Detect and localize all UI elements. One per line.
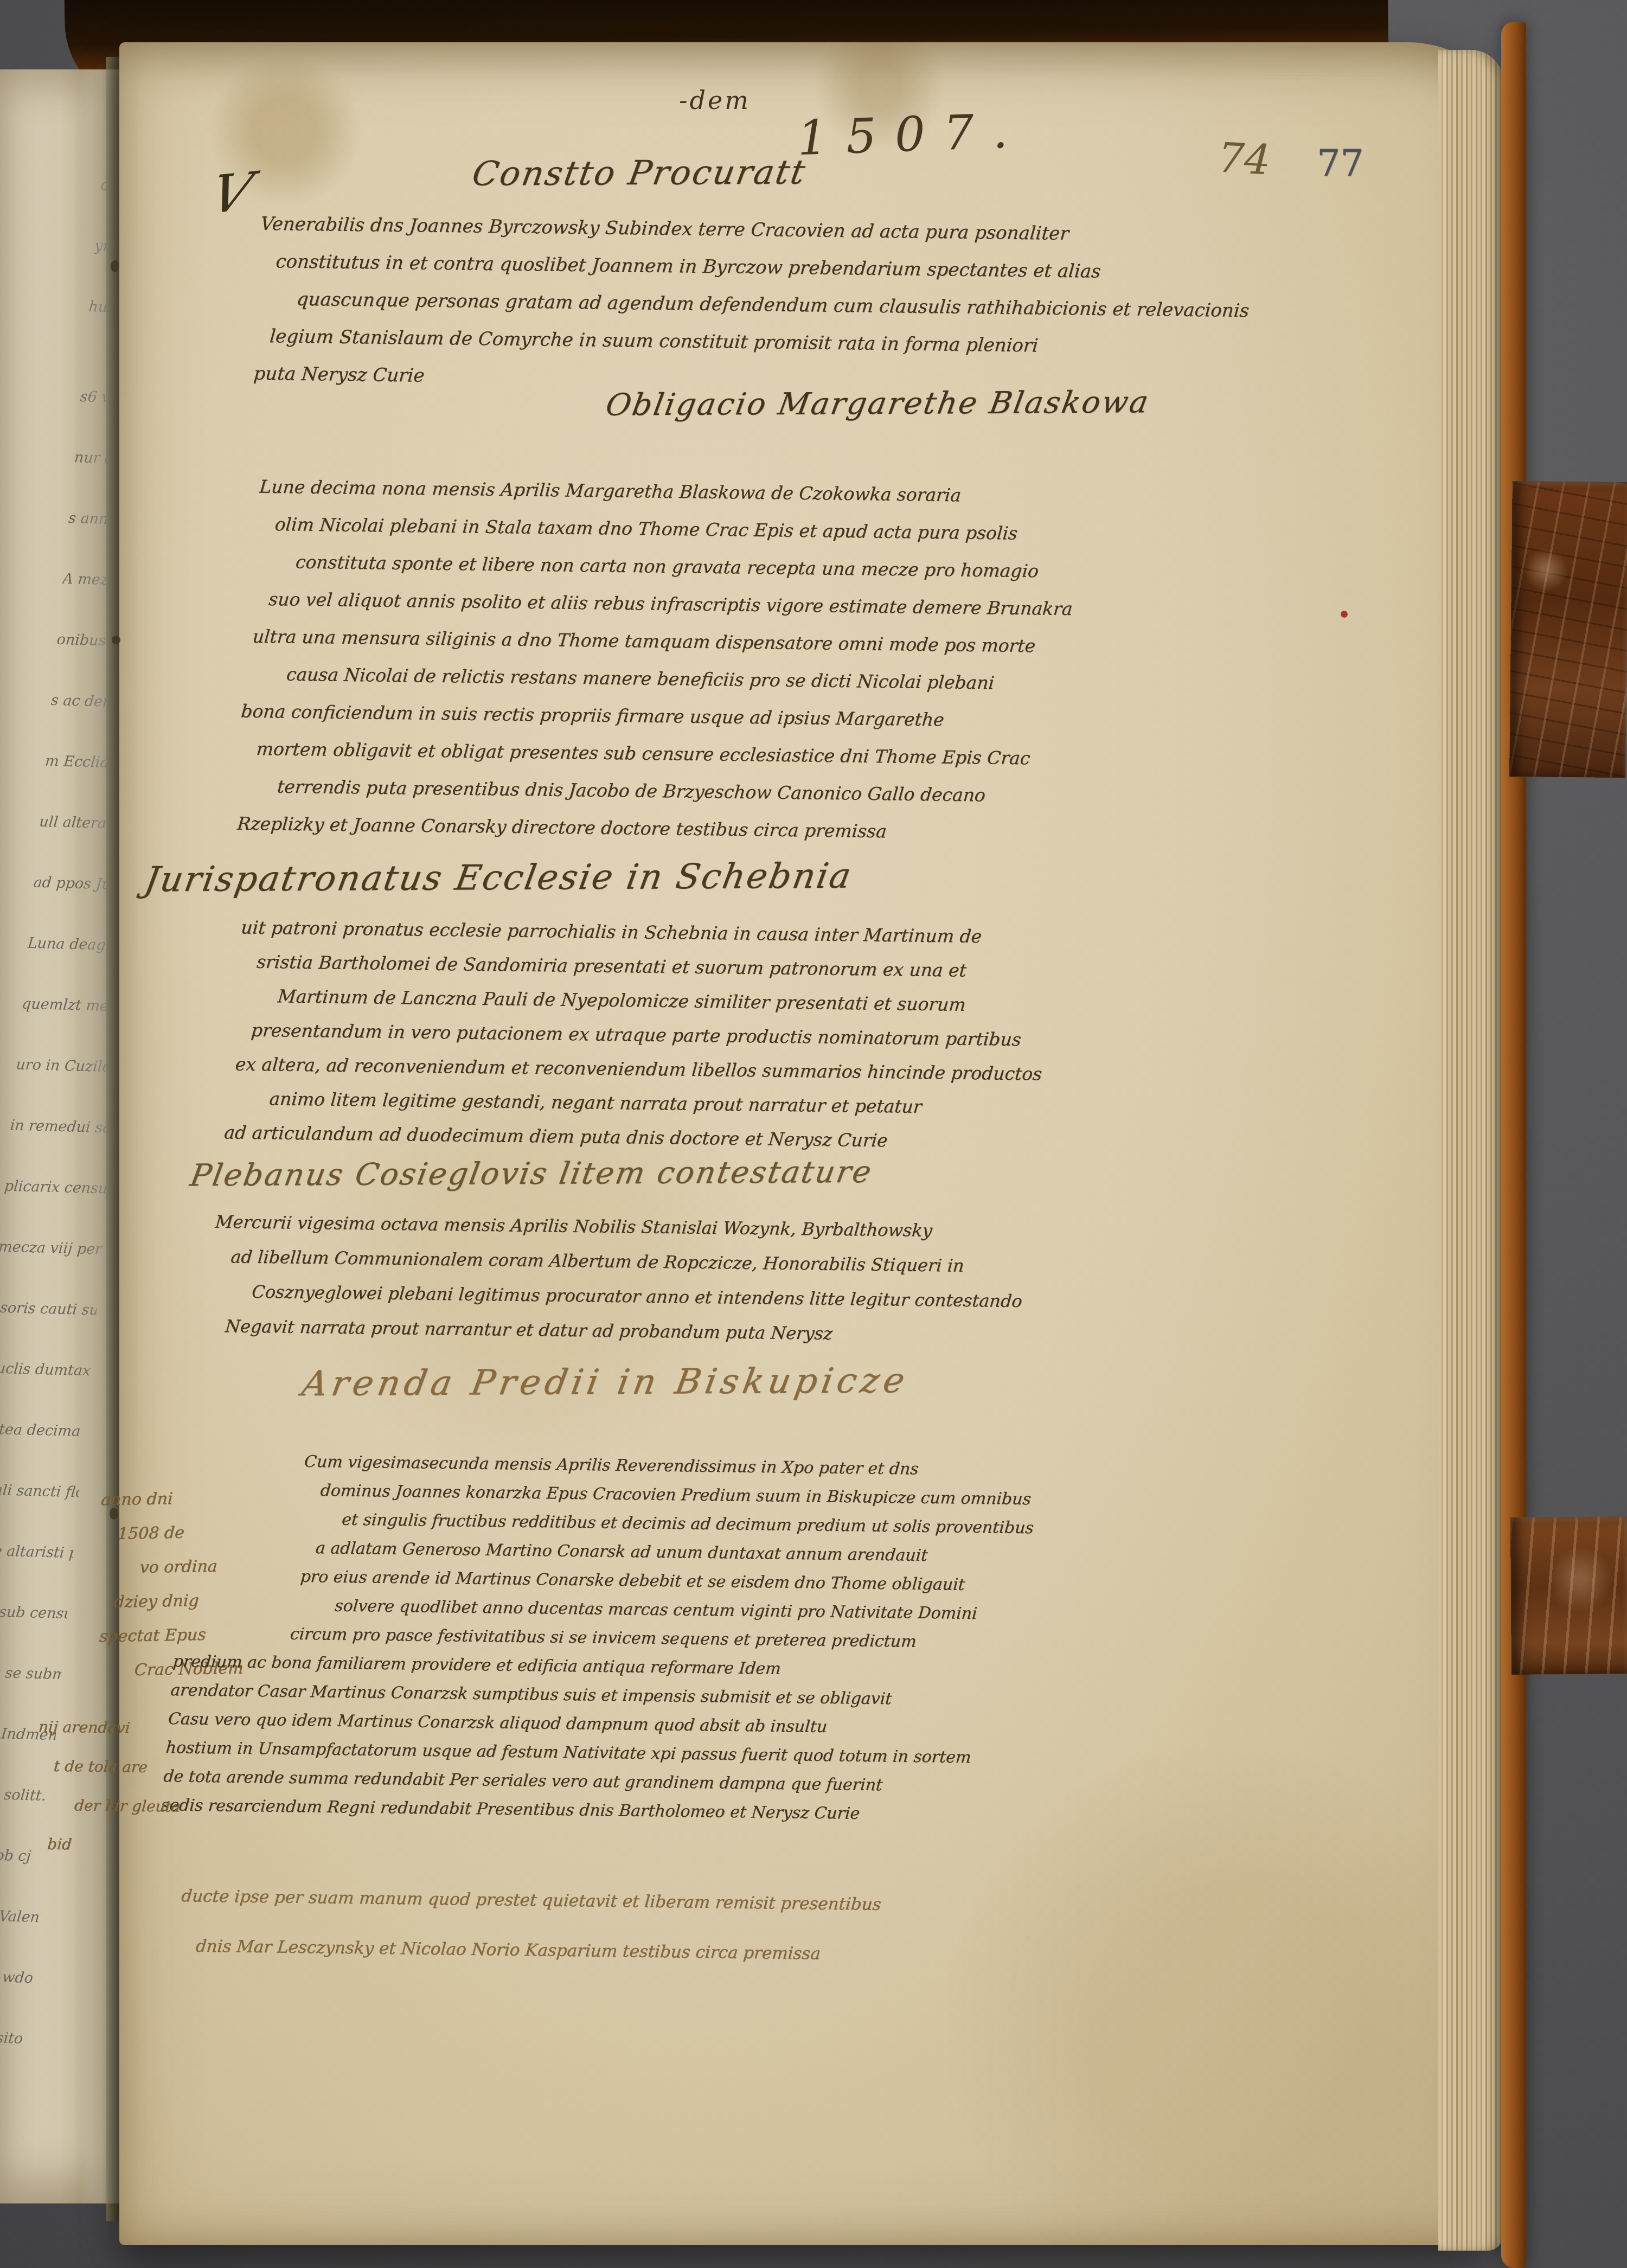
manuscript-text-line: 1508 de: [117, 1515, 251, 1551]
manuscript-text-line: dziey dnig: [113, 1583, 248, 1619]
paragraph-plebanus-body: Mercurii vigesima octava mensis Aprilis …: [206, 1205, 1474, 1359]
paragraph-initial-flourish: V: [206, 161, 259, 227]
manuscript-text-line: anno dni: [100, 1481, 253, 1517]
manuscript-photo: ornoy infamiaymbark ano likeyhur rt da l…: [0, 0, 1627, 2268]
paragraph-arenda-body: Cum vigesimasecunda mensis Aprilis Rever…: [275, 1447, 1487, 1836]
year-inscription: 1507.: [796, 102, 1027, 166]
folio-number-pencil: 77: [1317, 142, 1364, 185]
ink-text-layer: -dem 1507. Constto Procuratt 74 77 V Ven…: [0, 0, 1627, 2268]
manuscript-text-line: dnis Mar Lesczynsky et Nicolao Norio Kas…: [194, 1921, 879, 1979]
section-heading-arenda-biskupice: Arenda Predii in Biskupicze: [299, 1361, 912, 1404]
manuscript-text-line: vo ordina: [139, 1549, 249, 1585]
page-title-constitutio-procuratoris: Constto Procuratt: [469, 152, 809, 193]
section-heading-obligacio-margarethe: Obligacio Margarethe Blaskowa: [603, 385, 1152, 422]
manuscript-text-line: ducte ipse per suam manum quod prestet q…: [180, 1871, 883, 1930]
section-heading-jurispatronatus-schebnia: Jurispatronatus Ecclesie in Schebnia: [142, 856, 855, 900]
folio-number-ink: 74: [1217, 133, 1272, 184]
manuscript-text-line: t de tola are: [52, 1747, 185, 1788]
top-annotation-dem: -dem: [679, 86, 751, 115]
section-heading-plebanus-cosieglovis: Plebanus Cosieglovis litem contestature: [188, 1155, 875, 1194]
paragraph-jurispatronatus-body: uit patroni pronatus ecclesie parrochial…: [223, 910, 1456, 1164]
paragraph-procurator-entry: Venerabilis dns Joannes Byrczowsky Subin…: [247, 206, 1432, 407]
manuscript-text-line: nij arendavi: [37, 1707, 188, 1748]
paragraph-obligacio-body: Lune decima nona mensis Aprilis Margaret…: [230, 468, 1453, 857]
manuscript-text-line: der hir gleuta: [73, 1786, 182, 1826]
paragraph-arenda-closing-light-ink: ducte ipse per suam manum quod prestet q…: [175, 1871, 883, 1979]
manuscript-text-line: bid: [46, 1825, 178, 1866]
margin-gloss-words: nij arendavit de tola areder hir gleutab…: [27, 1707, 188, 1865]
